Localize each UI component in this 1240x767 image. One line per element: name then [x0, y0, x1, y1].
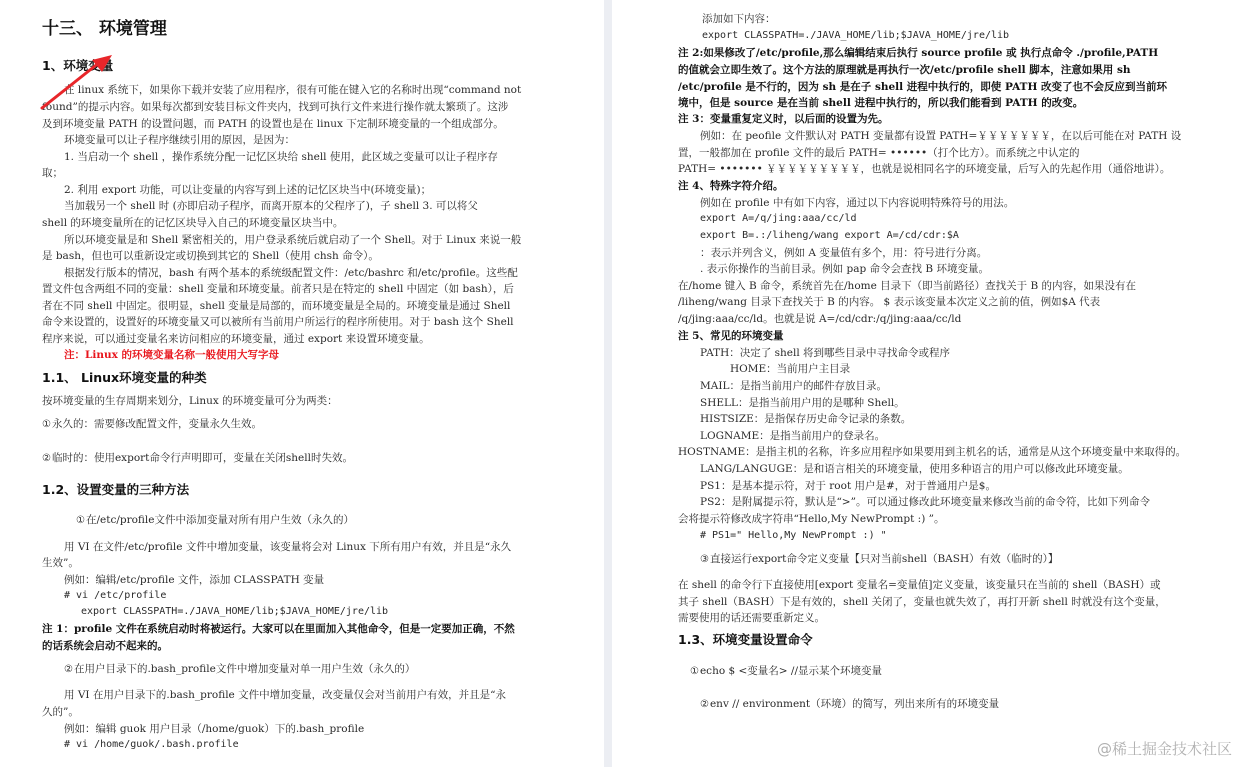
circled-number-icon: ② [64, 664, 73, 675]
list-item: 1. 当启动一个 shell ，操作系统分配一记忆区块给 shell 使用，此区… [64, 150, 498, 164]
paragraph-line: 在 linux 系统下，如果你下载并安装了应用程序，很有可能在键入它的名称时出现… [64, 83, 521, 97]
bold-note: 注 4、特殊字符介绍。 [678, 179, 783, 193]
circled-number-icon: ① [690, 666, 699, 677]
paragraph-line: 者在不同 shell 中固定。很明显，shell 变量是局部的，而环境变量是全局… [42, 299, 510, 313]
paragraph-line: 用 VI 在用户目录下的.bash_profile 文件中增加变量，改变量仅会对… [64, 688, 506, 702]
paragraph-line: 程序来说，可以通过变量名来访问相应的环境变量，通过 export 来设置环境变量… [42, 332, 430, 346]
command-item-text: echo $ <变量名> //显示某个环境变量 [700, 665, 882, 677]
circled-number-icon: ① [76, 515, 85, 526]
page-gutter [604, 0, 612, 767]
circled-number-icon: ① [42, 419, 51, 430]
code-line: export CLASSPATH=./JAVA_HOME/lib;$JAVA_H… [702, 29, 1009, 43]
method-title-text: 在/etc/profile文件中添加变量对所有用户生效（永久的） [86, 514, 354, 526]
command-item: ②env // environment（环境）的简写，列出来所有的环境变量 [700, 697, 999, 712]
method-title-text: 直接运行export命令定义变量【只对当前shell（BASH）有效（临时的）】 [710, 553, 1058, 565]
env-var-ps2: 会将提示符修改成字符串“Hello,My NewPrompt :) ”。 [678, 512, 945, 526]
paragraph-line: 在 shell 的命令行下直接使用[export 变量名=变量值]定义变量，该变… [678, 578, 1161, 592]
bold-note: /etc/profile 是不行的，因为 sh 是在子 shell 进程中执行的… [678, 80, 1167, 94]
circled-number-icon: ② [700, 699, 709, 710]
paragraph-line: 例如在 profile 中有如下内容，通过以下内容说明特殊符号的用法。 [700, 196, 1014, 210]
list-item-text: 临时的：使用export命令行声明即可，变量在关闭shell时失效。 [52, 452, 353, 464]
list-item: ①永久的：需要修改配置文件，变量永久生效。 [42, 417, 262, 432]
paragraph-line: ：表示并列含义，例如 A 变量值有多个，用：符号进行分离。 [700, 246, 987, 260]
watermark: @稀土掘金技术社区 [1097, 738, 1232, 759]
section-heading-1-1: 1.1、 Linux环境变量的种类 [42, 371, 207, 385]
method-title-text: 在用户目录下的.bash_profile文件中增加变量对单一用户生效（永久的） [74, 663, 415, 675]
paragraph-line: 例如：在 peofile 文件默认对 PATH 变量都有设置 PATH=￥￥￥￥… [700, 129, 1181, 143]
bold-note: 注 2:如果修改了/etc/profile,那么编辑结束后执行 source p… [678, 46, 1158, 60]
chapter-title: 十三、 环境管理 [42, 22, 167, 36]
paragraph-line: 例如：编辑/etc/profile 文件，添加 CLASSPATH 变量 [64, 573, 324, 587]
paragraph-line: 根据发行版本的情况，bash 有两个基本的系统级配置文件：/etc/bashrc… [64, 266, 518, 280]
code-line: # vi /home/guok/.bash.profile [64, 738, 239, 752]
paragraph-line: 添加如下内容： [702, 12, 776, 26]
document-page-right: 添加如下内容： export CLASSPATH=./JAVA_HOME/lib… [612, 0, 1240, 767]
env-var-home: HOME：当前用户主目录 [730, 362, 850, 376]
code-line: # vi /etc/profile [64, 589, 166, 603]
command-item-text: env // environment（环境）的简写，列出来所有的环境变量 [710, 698, 999, 710]
env-var-path: PATH：决定了 shell 将到哪些目录中寻找命令或程序 [700, 346, 950, 360]
env-var-ps1: PS1：是基本提示符，对于 root 用户是#，对于普通用户是$。 [700, 479, 996, 493]
paragraph-line: 生效”。 [42, 556, 79, 570]
paragraph-line: 在/home 键入 B 命令，系统首先在/home 目录下（即当前路径）查找关于… [678, 279, 1136, 293]
env-var-histsize: HISTSIZE：是指保存历史命令记录的条数。 [700, 412, 911, 426]
paragraph-line: 所以环境变量是和 Shell 紧密相关的，用户登录系统后就启动了一个 Shell… [64, 233, 521, 247]
paragraph-line: 需要使用的话还需要重新定义。 [678, 611, 825, 625]
code-line: export B=.:/liheng/wang export A=/cd/cdr… [700, 229, 959, 243]
list-item: 取； [42, 166, 63, 180]
red-note: 注：Linux 的环境变量名称一般使用大写字母 [64, 348, 279, 362]
code-line: # PS1=" Hello,My NewPrompt :) " [700, 529, 887, 543]
paragraph-line: . 表示你操作的当前目录。例如 pap 命令会查找 B 环境变量。 [700, 262, 989, 276]
paragraph-line: 及到环境变量 PATH 的设置问题，而 PATH 的设置也是在 linux 下定… [42, 117, 504, 131]
code-line: export A=/q/jing:aaa/cc/ld [700, 212, 857, 226]
code-line: export CLASSPATH=./JAVA_HOME/lib;$JAVA_H… [81, 605, 388, 619]
env-var-logname: LOGNAME：是指当前用户的登录名。 [700, 429, 885, 443]
env-var-shell: SHELL：是指当前用户用的是哪种 Shell。 [700, 396, 905, 410]
method-title: ②在用户目录下的.bash_profile文件中增加变量对单一用户生效（永久的） [64, 662, 415, 677]
paragraph-line: 是 bash，但也可以重新设定或切换到其它的 Shell（使用 chsh 命令）… [42, 249, 379, 263]
method-title: ③直接运行export命令定义变量【只对当前shell（BASH）有效（临时的）… [700, 552, 1058, 567]
bold-note: 的值就会立即生效了。这个方法的原理就是再执行一次/etc/profile she… [678, 63, 1131, 77]
env-var-lang: LANG/LANGUGE：是和语言相关的环境变量，使用多种语言的用户可以修改此环… [700, 462, 1129, 476]
bold-note: 的话系统会启动不起来的。 [42, 639, 168, 653]
paragraph-line: 用 VI 在文件/etc/profile 文件中增加变量，该变量将会对 Linu… [64, 540, 511, 554]
list-item: shell 的环境变量所在的记忆区块导入自己的环境变量区块当中。 [42, 216, 343, 230]
list-item: ②临时的：使用export命令行声明即可，变量在关闭shell时失效。 [42, 451, 353, 466]
section-heading-env-vars: 1、环境变量 [42, 59, 113, 73]
paragraph-line: 命令来设置的，设置好的环境变量又可以被所有当前用户所运行的程序所使用。对于 ba… [42, 315, 514, 329]
env-var-hostname: HOSTNAME：是指主机的名称，许多应用程序如果要用到主机名的话，通常是从这个… [678, 445, 1186, 459]
command-item: ①echo $ <变量名> //显示某个环境变量 [690, 664, 882, 679]
method-title: ①在/etc/profile文件中添加变量对所有用户生效（永久的） [76, 513, 354, 528]
list-item-text: 永久的：需要修改配置文件，变量永久生效。 [52, 418, 262, 430]
circled-number-icon: ② [42, 453, 51, 464]
paragraph-line: 置，一般都加在 profile 文件的最后 PATH= ••••••（打个比方）… [678, 146, 1079, 160]
section-heading-1-3: 1.3、环境变量设置命令 [678, 633, 813, 647]
bold-note: 注 5、常见的环境变量 [678, 329, 783, 343]
document-page-left: 十三、 环境管理 1、环境变量 在 linux 系统下，如果你下载并安装了应用程… [0, 0, 604, 767]
paragraph-line: PATH= ••••••• ￥￥￥￥￥￥￥￥￥，也就是说相同名字的环境变量，后写… [678, 162, 1170, 176]
paragraph-line: 置文件包含两组不同的变量：shell 变量和环境变量。前者只是在特定的 shel… [42, 282, 514, 296]
paragraph-line: found”的提示内容。如果每次都到安装目标文件夹内，找到可执行文件来进行操作就… [42, 100, 508, 114]
list-item: 2. 利用 export 功能，可以让变量的内容写到上述的记忆区块当中(环境变量… [64, 183, 431, 197]
list-item: 当加载另一个 shell 时 (亦即启动子程序，而离开原本的父程序了)，子 sh… [64, 199, 478, 213]
paragraph-line: /q/jing:aaa/cc/ld。也就是说 A=/cd/cdr:/q/jing… [678, 312, 961, 326]
section-heading-1-2: 1.2、设置变量的三种方法 [42, 483, 189, 497]
env-var-mail: MAIL：是指当前用户的邮件存放目录。 [700, 379, 887, 393]
bold-note: 注 1：profile 文件在系统启动时将被运行。大家可以在里面加入其他命令，但… [42, 622, 515, 636]
bold-note: 境中，但是 source 是在当前 shell 进程中执行的，所以我们能看到 P… [678, 96, 1083, 110]
paragraph-line: 例如：编辑 guok 用户目录（/home/guok）下的.bash_profi… [64, 722, 364, 736]
env-var-ps2: PS2：是附属提示符，默认是“>”。可以通过修改此环境变量来修改当前的命令符，比… [700, 495, 1150, 509]
circled-number-icon: ③ [700, 554, 709, 565]
paragraph-line: /liheng/wang 目录下查找关于 B 的内容。 $ 表示该变量本次定义之… [678, 295, 1100, 309]
bold-note: 注 3：变量重复定义时，以后面的设置为先。 [678, 112, 888, 126]
paragraph-line: 环境变量可以让子程序继续引用的原因，是因为： [64, 133, 295, 147]
paragraph-line: 按环境变量的生存周期来划分，Linux 的环境变量可分为两类： [42, 394, 338, 408]
paragraph-line: 其子 shell（BASH）下是有效的，shell 关闭了，变量也就失效了，再打… [678, 595, 1166, 609]
paragraph-line: 久的”。 [42, 705, 79, 719]
